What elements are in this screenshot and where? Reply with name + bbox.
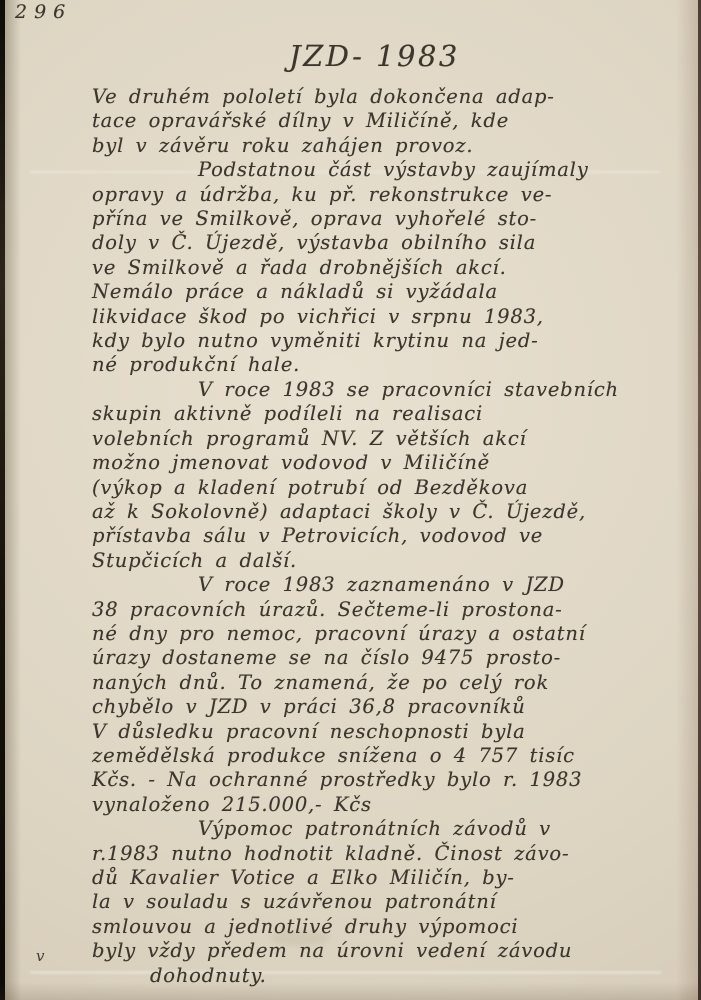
paragraph: V roce 1983 zaznamenáno v JZD 38 pracovn…	[92, 573, 670, 817]
text-line: 38 pracovních úrazů. Sečteme-li prostona…	[92, 598, 670, 622]
text-line: Kčs. - Na ochranné prostředky bylo r. 19…	[92, 768, 670, 792]
page-title: JZD- 1983	[289, 40, 460, 72]
text-line: přína ve Smilkově, oprava vyhořelé sto-	[92, 207, 670, 231]
text-line: Nemálo práce a nákladů si vyžádala	[92, 280, 670, 304]
text-line: r.1983 nutno hodnotit kladně. Činost záv…	[92, 842, 670, 866]
scan-edge-left-shadow	[5, 0, 21, 1000]
text-line: Ve druhém pololetí byla dokončena adap-	[92, 85, 670, 109]
handwritten-body: Ve druhém pololetí byla dokončena adap- …	[92, 85, 670, 988]
text-line: né dny pro nemoc, pracovní úrazy a ostat…	[92, 622, 670, 646]
text-line: dohodnuty.	[92, 964, 670, 988]
text-line: úrazy dostaneme se na číslo 9475 prosto-	[92, 646, 670, 670]
text-line: chybělo v JZD v práci 36,8 pracovníků	[92, 695, 670, 719]
scanned-page: 296 JZD- 1983 Ve druhém pololetí byla do…	[0, 0, 701, 1000]
paragraph: Ve druhém pololetí byla dokončena adap- …	[92, 85, 670, 158]
text-line: doly v Č. Újezdě, výstavba obilního sila	[92, 231, 670, 255]
text-line: ve Smilkově a řada drobnějších akcí.	[92, 256, 670, 280]
text-line: skupin aktivně podíleli na realisaci	[92, 402, 670, 426]
text-line: V roce 1983 zaznamenáno v JZD	[92, 573, 670, 597]
margin-checkmark: v	[36, 948, 44, 964]
paragraph: Výpomoc patronátních závodů v r.1983 nut…	[92, 817, 670, 988]
page-number: 296	[15, 1, 72, 23]
text-line: né produkční hale.	[92, 353, 670, 377]
text-line: likvidace škod po vichřici v srpnu 1983,	[92, 305, 670, 329]
text-line: volebních programů NV. Z větších akcí	[92, 427, 670, 451]
text-line: naných dnů. To znamená, že po celý rok	[92, 671, 670, 695]
text-line: byly vždy předem na úrovni vedení závodu	[92, 939, 670, 963]
text-line: la v souladu s uzávřenou patronátní	[92, 890, 670, 914]
text-line: Stupčicích a další.	[92, 549, 670, 573]
text-line: kdy bylo nutno vyměniti krytinu na jed-	[92, 329, 670, 353]
text-line: možno jmenovat vodovod v Miličíně	[92, 451, 670, 475]
text-line: až k Sokolovně) adaptaci školy v Č. Újez…	[92, 500, 670, 524]
text-line: V důsledku pracovní neschopnosti byla	[92, 720, 670, 744]
text-line: opravy a údržba, ku př. rekonstrukce ve-	[92, 183, 670, 207]
text-line: (výkop a kladení potrubí od Bezděkova	[92, 476, 670, 500]
text-line: dů Kavalier Votice a Elko Miličín, by-	[92, 866, 670, 890]
text-line: Výpomoc patronátních závodů v	[92, 817, 670, 841]
text-line: Podstatnou část výstavby zaujímaly	[92, 158, 670, 182]
text-line: V roce 1983 se pracovníci stavebních	[92, 378, 670, 402]
text-line: smlouvou a jednotlivé druhy výpomoci	[92, 915, 670, 939]
text-line: byl v závěru roku zahájen provoz.	[92, 134, 670, 158]
paragraph: Podstatnou část výstavby zaujímaly oprav…	[92, 158, 670, 378]
scan-edge-right-shadow	[676, 0, 698, 1000]
paragraph: V roce 1983 se pracovníci stavebních sku…	[92, 378, 670, 573]
text-line: zemědělská produkce snížena o 4 757 tisí…	[92, 744, 670, 768]
text-line: přístavba sálu v Petrovicích, vodovod ve	[92, 524, 670, 548]
text-line: vynaloženo 215.000,- Kčs	[92, 793, 670, 817]
text-line: tace opravářské dílny v Miličíně, kde	[92, 109, 670, 133]
